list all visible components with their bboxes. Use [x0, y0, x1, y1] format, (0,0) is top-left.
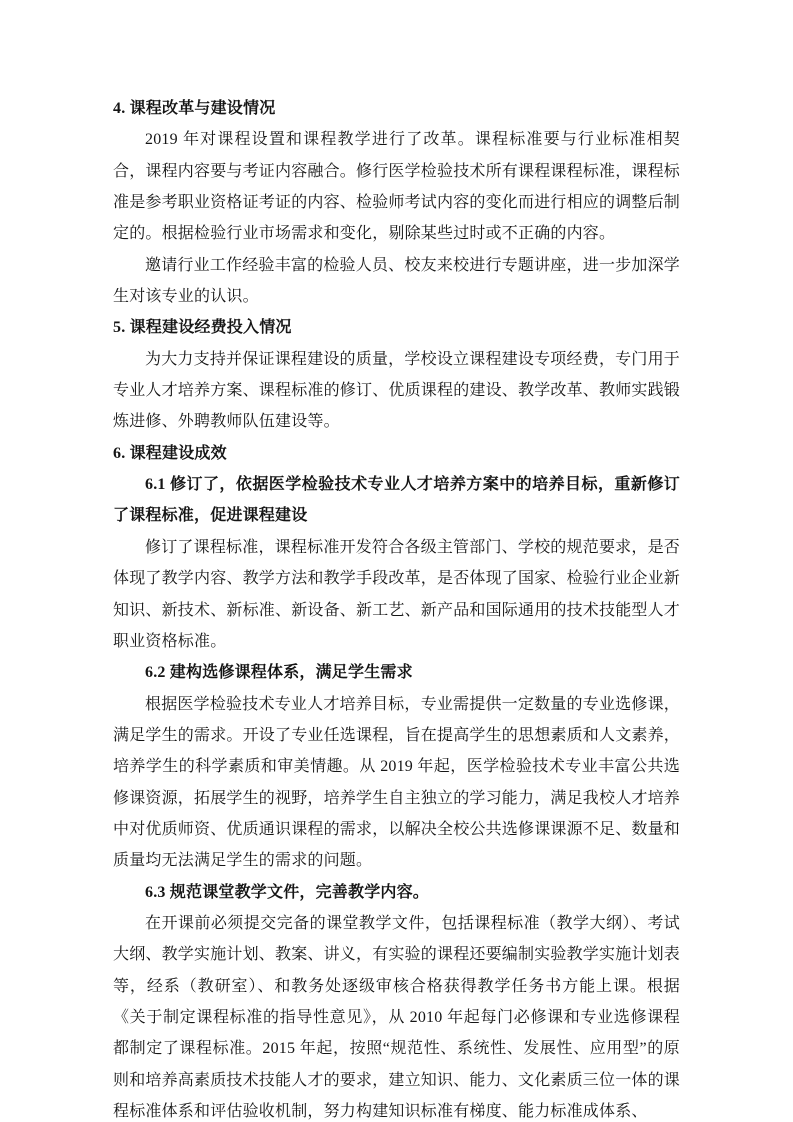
body-paragraph: 为大力支持并保证课程建设的质量，学校设立课程建设专项经费，专门用于专业人才培养方… [113, 344, 680, 438]
section-heading: 5. 课程建设经费投入情况 [113, 312, 680, 343]
body-paragraph: 修订了课程标准，课程标准开发符合各级主管部门、学校的规范要求，是否体现了教学内容… [113, 532, 680, 657]
body-paragraph: 在开课前必须提交完备的课堂教学文件，包括课程标准（教学大纲）、考试大纲、教学实施… [113, 908, 680, 1122]
document-page: 4. 课程改革与建设情况2019 年对课程设置和课程教学进行了改革。课程标准要与… [0, 0, 793, 1122]
section-heading: 6. 课程建设成效 [113, 438, 680, 469]
body-paragraph: 根据医学检验技术专业人才培养目标，专业需提供一定数量的专业选修课，满足学生的需求… [113, 689, 680, 877]
subsection-heading: 6.2 建构选修课程体系，满足学生需求 [113, 657, 680, 688]
document-content: 4. 课程改革与建设情况2019 年对课程设置和课程教学进行了改革。课程标准要与… [113, 93, 680, 1122]
subsection-heading: 6.3 规范课堂教学文件，完善教学内容。 [113, 877, 680, 908]
subsection-heading: 6.1 修订了，依据医学检验技术专业人才培养方案中的培养目标，重新修订了课程标准… [113, 469, 680, 532]
body-paragraph: 2019 年对课程设置和课程教学进行了改革。课程标准要与行业标准相契合，课程内容… [113, 124, 680, 249]
section-heading: 4. 课程改革与建设情况 [113, 93, 680, 124]
body-paragraph: 邀请行业工作经验丰富的检验人员、校友来校进行专题讲座，进一步加深学生对该专业的认… [113, 250, 680, 313]
